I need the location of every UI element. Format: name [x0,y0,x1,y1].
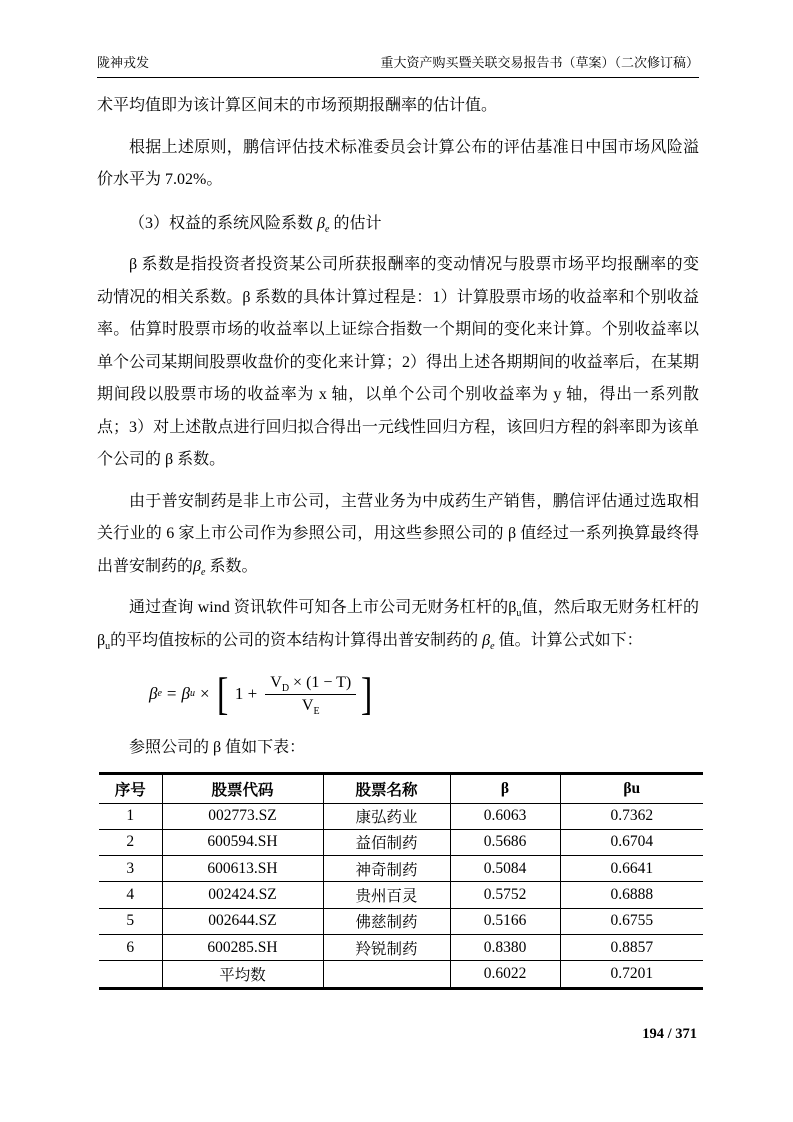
cell-beta: 0.5686 [450,829,560,855]
numerator-times: × [289,674,306,691]
cell-index: 6 [99,934,162,960]
p5-segment-3: 的平均值按标的公司的资本结构计算得出普安制药的 [110,632,482,649]
cell-stock-name: 羚锐制药 [323,934,450,960]
vd-subscript: D [282,683,289,694]
beta-e-symbol: β [149,684,157,704]
cell-beta-u: 0.6888 [560,882,703,908]
close-bracket: ] [361,669,372,719]
table-row: 4 002424.SZ 贵州百灵 0.5752 0.6888 [99,882,703,908]
cell-index: 3 [99,856,162,882]
cell-stock-code: 600285.SH [162,934,323,960]
cell-beta: 0.6063 [450,803,560,829]
fraction: VD × (1 − T) VE [265,674,356,715]
heading-suffix: 的估计 [329,215,381,232]
cell-stock-name: 佛慈制药 [323,908,450,934]
page-content: 术平均值即为该计算区间末的市场预期报酬率的估计值。 根据上述原则，鹏信评估技术标… [97,90,699,990]
column-header-stock-name: 股票名称 [323,773,450,803]
one-minus-t-term: (1 − T) [306,674,351,691]
cell-beta: 0.5166 [450,908,560,934]
beta-levered-formula: βe = βu × [ 1 + VD × (1 − T) VE ] [149,665,699,723]
cell-beta-u: 0.8857 [560,934,703,960]
cell-stock-name [323,961,450,988]
p4-lead: 由于普安制药是非上市公司，主营业务为中成药生产销售，鹏信评估通过选取相关行业的 … [97,493,699,575]
table-row: 2 600594.SH 益佰制药 0.5686 0.6704 [99,829,703,855]
column-header-beta-u: βu [560,773,703,803]
table-average-row: 平均数 0.6022 0.7201 [99,961,703,988]
beta-u-symbol: β [182,684,190,704]
cell-stock-code: 002424.SZ [162,882,323,908]
header-company-name: 陇神戎发 [97,52,149,71]
cell-average-beta-u: 0.7201 [560,961,703,988]
table-row: 1 002773.SZ 康弘药业 0.6063 0.7362 [99,803,703,829]
paragraph-proxy-companies: 由于普安制药是非上市公司，主营业务为中成药生产销售，鹏信评估通过选取相关行业的 … [97,486,699,584]
cell-beta-u: 0.6704 [560,829,703,855]
paragraph-beta-definition: β 系数是指投资者投资某公司所获报酬率的变动情况与股票市场平均报酬率的变动情况的… [97,249,699,477]
fraction-numerator: VD × (1 − T) [265,674,356,695]
p4-tail: 系数。 [205,558,257,575]
running-header: 陇神戎发 重大资产购买暨关联交易报告书（草案）（二次修订稿） [97,52,699,78]
open-bracket: [ [216,669,227,719]
cell-beta-u: 0.6755 [560,908,703,934]
beta-symbol: β [482,632,490,649]
cell-index [99,961,162,988]
cell-index: 4 [99,882,162,908]
cell-stock-name: 神奇制药 [323,856,450,882]
cell-average-label: 平均数 [162,961,323,988]
cell-average-beta: 0.6022 [450,961,560,988]
paragraph-market-return: 术平均值即为该计算区间末的市场预期报酬率的估计值。 [97,90,699,123]
cell-stock-code: 002644.SZ [162,908,323,934]
cell-stock-name: 贵州百灵 [323,882,450,908]
cell-beta: 0.8380 [450,934,560,960]
one-plus-term: 1 + [235,684,257,704]
beta-symbol: β [193,558,201,575]
cell-index: 5 [99,908,162,934]
table-row: 5 002644.SZ 佛慈制药 0.5166 0.6755 [99,908,703,934]
table-intro-text: 参照公司的 β 值如下表： [97,732,699,765]
cell-beta-u: 0.6641 [560,856,703,882]
ve-subscript: E [313,706,319,717]
p5-segment-1: 通过查询 wind 资讯软件可知各上市公司无财务杠杆的 [129,599,508,616]
equals-sign: = [167,684,177,704]
cell-beta: 0.5084 [450,856,560,882]
section-heading-beta-estimate: （3）权益的系统风险系数 βe 的估计 [97,208,699,241]
fraction-denominator: VE [265,695,356,715]
page-number: 194 / 371 [642,1026,697,1043]
ve-symbol: V [302,697,314,714]
paragraph-risk-premium: 根据上述原则，鹏信评估技术标准委员会计算公布的评估基准日中国市场风险溢价水平为 … [97,132,699,197]
cell-index: 2 [99,829,162,855]
p5-segment-2: 值，然后取无财务杠杆的 [521,599,699,616]
cell-beta: 0.5752 [450,882,560,908]
column-header-stock-code: 股票代码 [162,773,323,803]
table-row: 6 600285.SH 羚锐制药 0.8380 0.8857 [99,934,703,960]
cell-stock-name: 益佰制药 [323,829,450,855]
beta-symbol: β [97,632,105,649]
cell-stock-code: 002773.SZ [162,803,323,829]
beta-symbol: β [317,215,325,232]
cell-stock-code: 600594.SH [162,829,323,855]
header-document-title: 重大资产购买暨关联交易报告书（草案）（二次修订稿） [380,52,699,71]
document-page: 陇神戎发 重大资产购买暨关联交易报告书（草案）（二次修订稿） 术平均值即为该计算… [0,0,793,1122]
multiply-sign: × [200,684,210,704]
column-header-beta: β [450,773,560,803]
p5-segment-4: 值。计算公式如下： [495,632,643,649]
column-header-index: 序号 [99,773,162,803]
vd-symbol: V [270,674,282,691]
reference-companies-beta-table: 序号 股票代码 股票名称 β βu 1 002773.SZ 康弘药业 0.606… [99,772,703,990]
cell-stock-code: 600613.SH [162,856,323,882]
cell-beta-u: 0.7362 [560,803,703,829]
cell-index: 1 [99,803,162,829]
cell-stock-name: 康弘药业 [323,803,450,829]
heading-prefix: （3）权益的系统风险系数 [129,215,317,232]
table-row: 3 600613.SH 神奇制药 0.5084 0.6641 [99,856,703,882]
table-header-row: 序号 股票代码 股票名称 β βu [99,773,703,803]
paragraph-wind-data: 通过查询 wind 资讯软件可知各上市公司无财务杠杆的βu值，然后取无财务杠杆的… [97,592,699,657]
